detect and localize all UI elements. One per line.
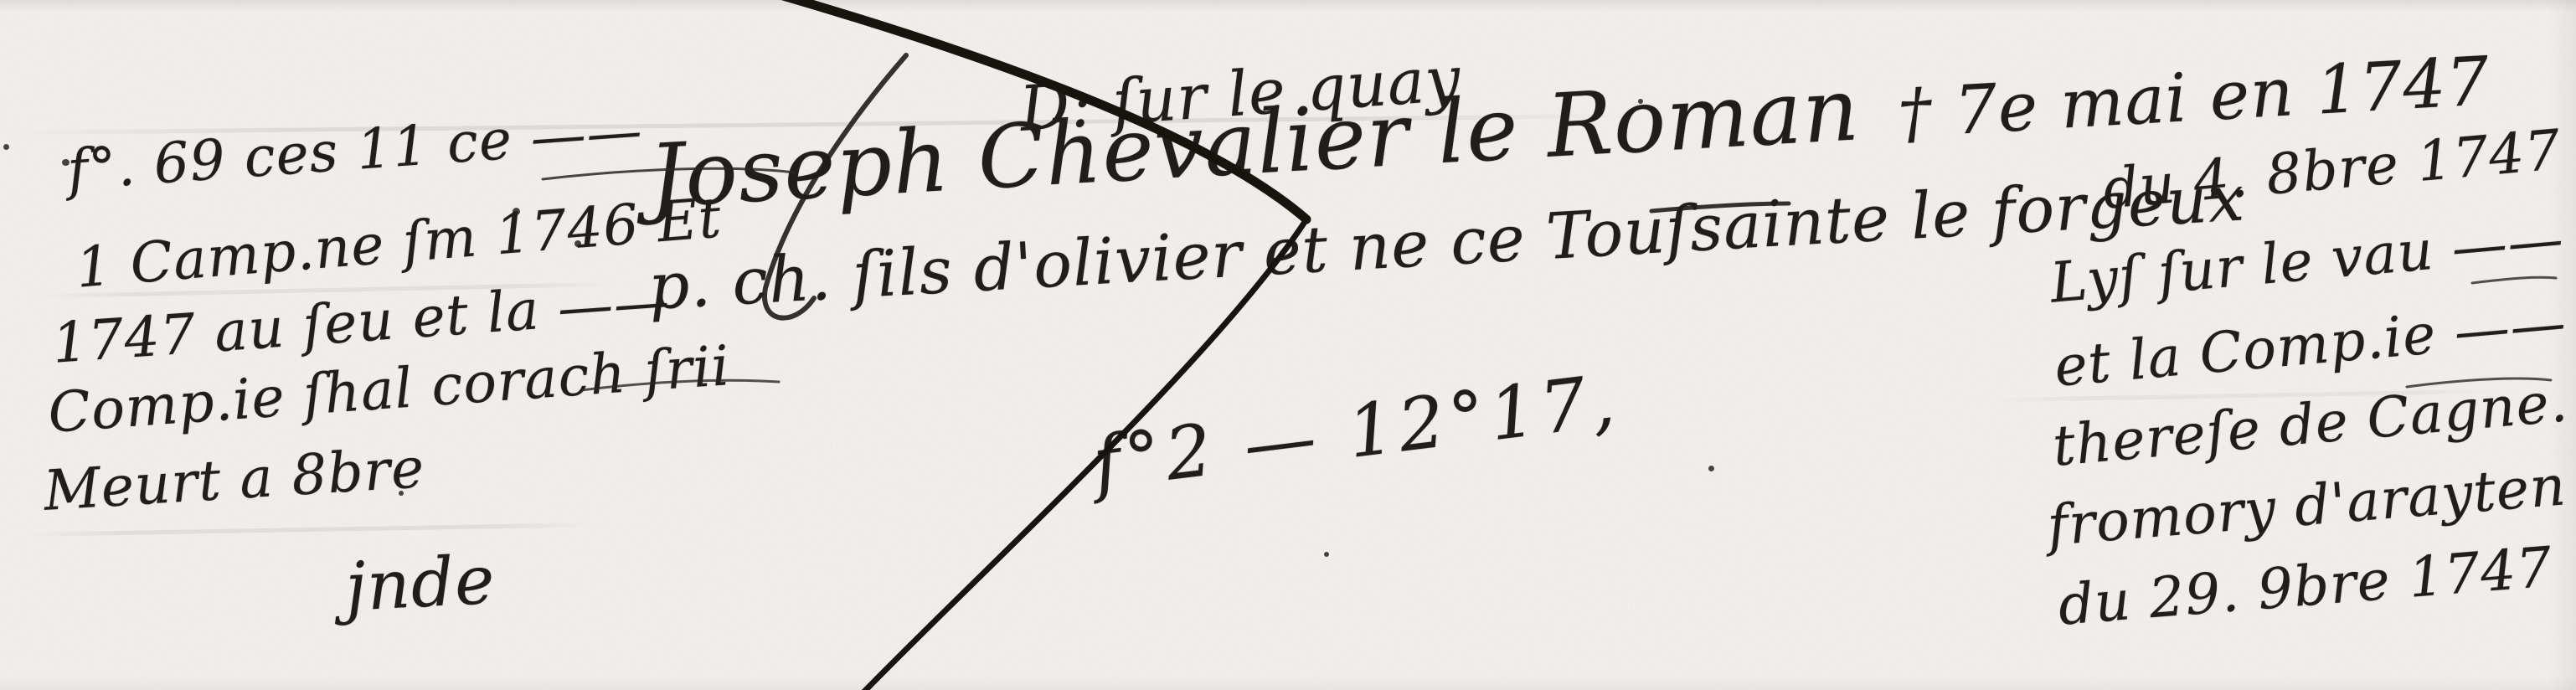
manuscript-page: f°. 69 ces 11 ce —— 1 Camp.ne ſm 1746 Et…: [0, 0, 2576, 690]
folio-reference-note: f°2 — 12°17,: [1089, 358, 1624, 506]
left-margin-note-line-1: f°. 69 ces 11 ce ——: [65, 98, 645, 203]
paper-streak: [25, 523, 595, 537]
ink-speck: [1708, 466, 1714, 471]
ink-speck: [3, 144, 9, 150]
pen-dash: [2472, 277, 2556, 283]
left-margin-note-line-5: Meurt a 8bre: [42, 435, 426, 523]
ink-speck: [1324, 552, 1329, 557]
left-margin-note-vide: jnde: [343, 541, 497, 626]
